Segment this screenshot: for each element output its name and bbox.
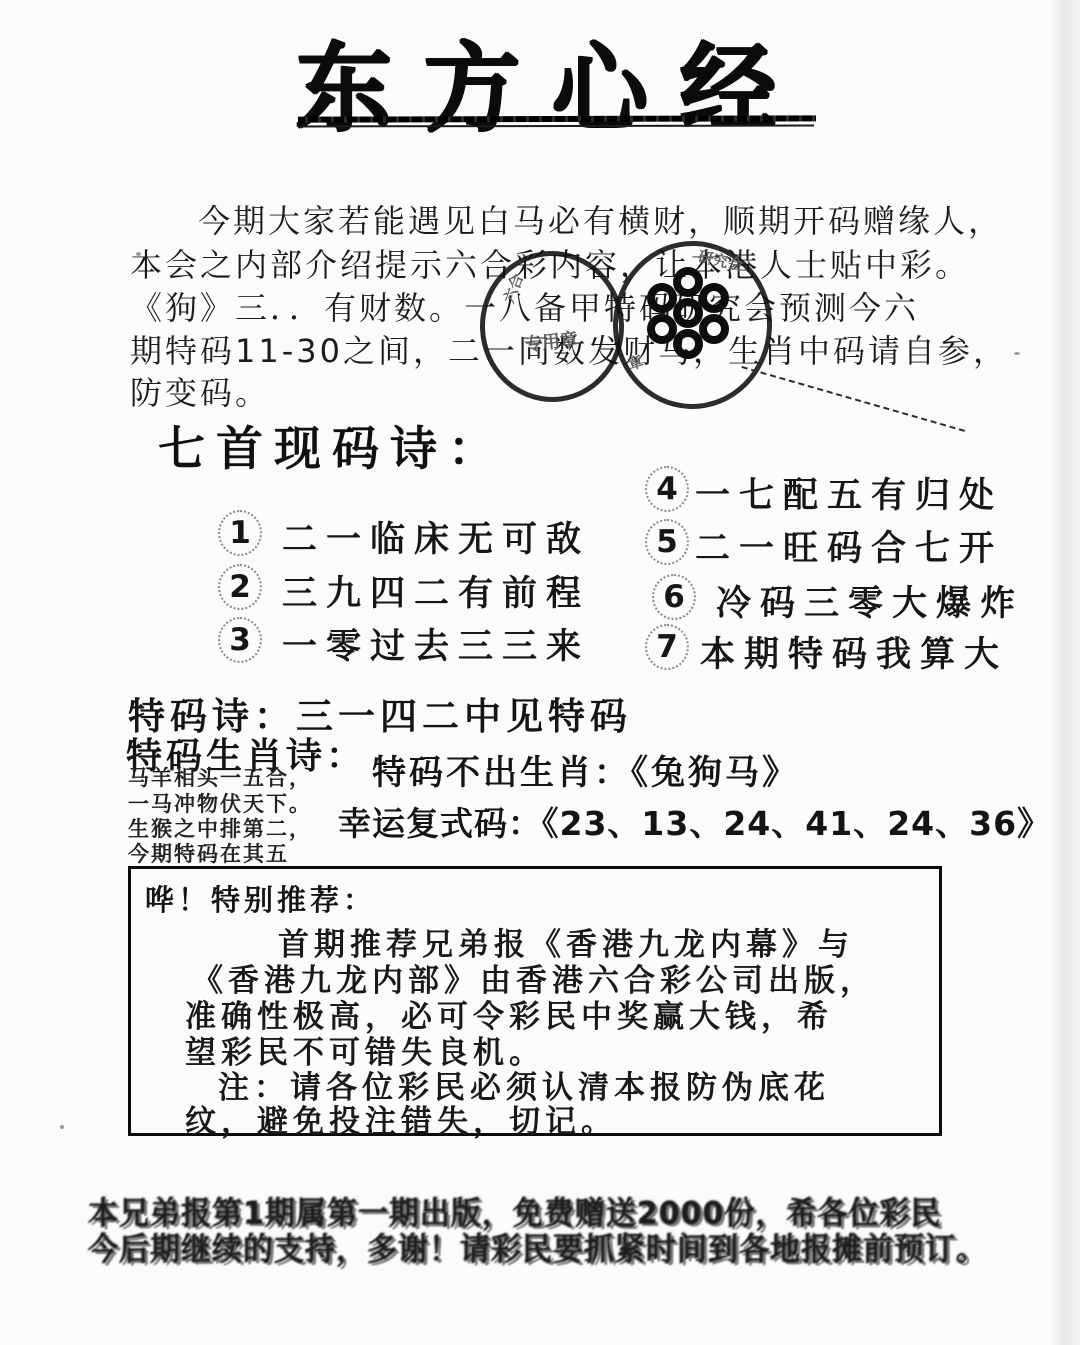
poem-text: 本期特码我算大 — [700, 627, 1008, 677]
scanned-lottery-sheet: 东方心经 今期大家若能遇见白马必有横财，顺期开码赠缘人， 本会之内部介绍提示六合… — [0, 0, 1080, 1345]
lucky-numbers-line: 幸运复式码：《23、13、24、41、24、36》 — [338, 798, 1051, 845]
poem-text: 冷码三零大爆炸 — [716, 576, 1024, 626]
stamp-ring-icon — [699, 314, 729, 344]
poem-text: 二一旺码合七开 — [695, 521, 1003, 571]
poem-text: 一零过去三三来 — [282, 619, 590, 669]
poem-number: 4 — [645, 466, 689, 512]
intro-line: 防变码。 — [130, 368, 270, 414]
poem-number: 5 — [645, 519, 689, 565]
lucky-numbers-value: 《23、13、24、41、24、36》 — [542, 804, 1051, 843]
footer-line: 今后期继续的支持，多谢！请彩民要抓紧时间到各地报摊前预订。 — [88, 1223, 987, 1269]
scan-speck — [60, 1125, 64, 1129]
poem-section-heading: 七首现码诗： — [158, 412, 506, 479]
scan-edge-shadow — [1050, 0, 1080, 1345]
stamp-ring-icon — [647, 314, 677, 344]
stamp-ring-icon — [673, 267, 703, 297]
promo-box: 哗！特别推荐： 首期推荐兄弟报《香港九龙内幕》与 《香港九龙内部》由香港六合彩公… — [128, 866, 942, 1136]
poem-text: 一七配五有归处 — [695, 468, 1003, 518]
poem-number: 6 — [652, 574, 696, 620]
promo-header: 哗！特别推荐： — [145, 878, 376, 919]
page-title: 东方心经 — [295, 12, 807, 149]
scan-speck — [1014, 352, 1020, 355]
intro-line: 今期大家若能遇见白马必有横财，顺期开码赠缘人， — [198, 196, 1003, 242]
poem-number: 1 — [218, 510, 262, 556]
stamp-ring-icon — [673, 329, 703, 359]
promo-line: 纹，避免投注错失，切记。 — [185, 1096, 617, 1141]
scan-speck — [136, 252, 141, 256]
poem-text: 三九四二有前程 — [282, 566, 590, 616]
stamp-ring-icon — [699, 283, 729, 313]
zodiac-poem-line: 今期特码在其五 — [128, 838, 289, 868]
not-out-zodiac-line: 特码不出生肖：《兔狗马》 — [372, 745, 799, 794]
stamp-ring-icon — [647, 283, 677, 313]
poem-number: 2 — [218, 564, 262, 610]
poem-number: 3 — [218, 617, 262, 663]
lucky-numbers-label: 幸运复式码： — [338, 804, 542, 843]
stamp-ring-icon — [673, 298, 703, 328]
not-out-zodiac-value: 《兔狗马》 — [631, 753, 799, 793]
poem-number: 7 — [645, 624, 689, 670]
scan-stray-line — [741, 366, 965, 432]
poem-text: 二一临床无可敌 — [282, 512, 590, 562]
not-out-zodiac-label: 特码不出生肖： — [372, 753, 631, 793]
